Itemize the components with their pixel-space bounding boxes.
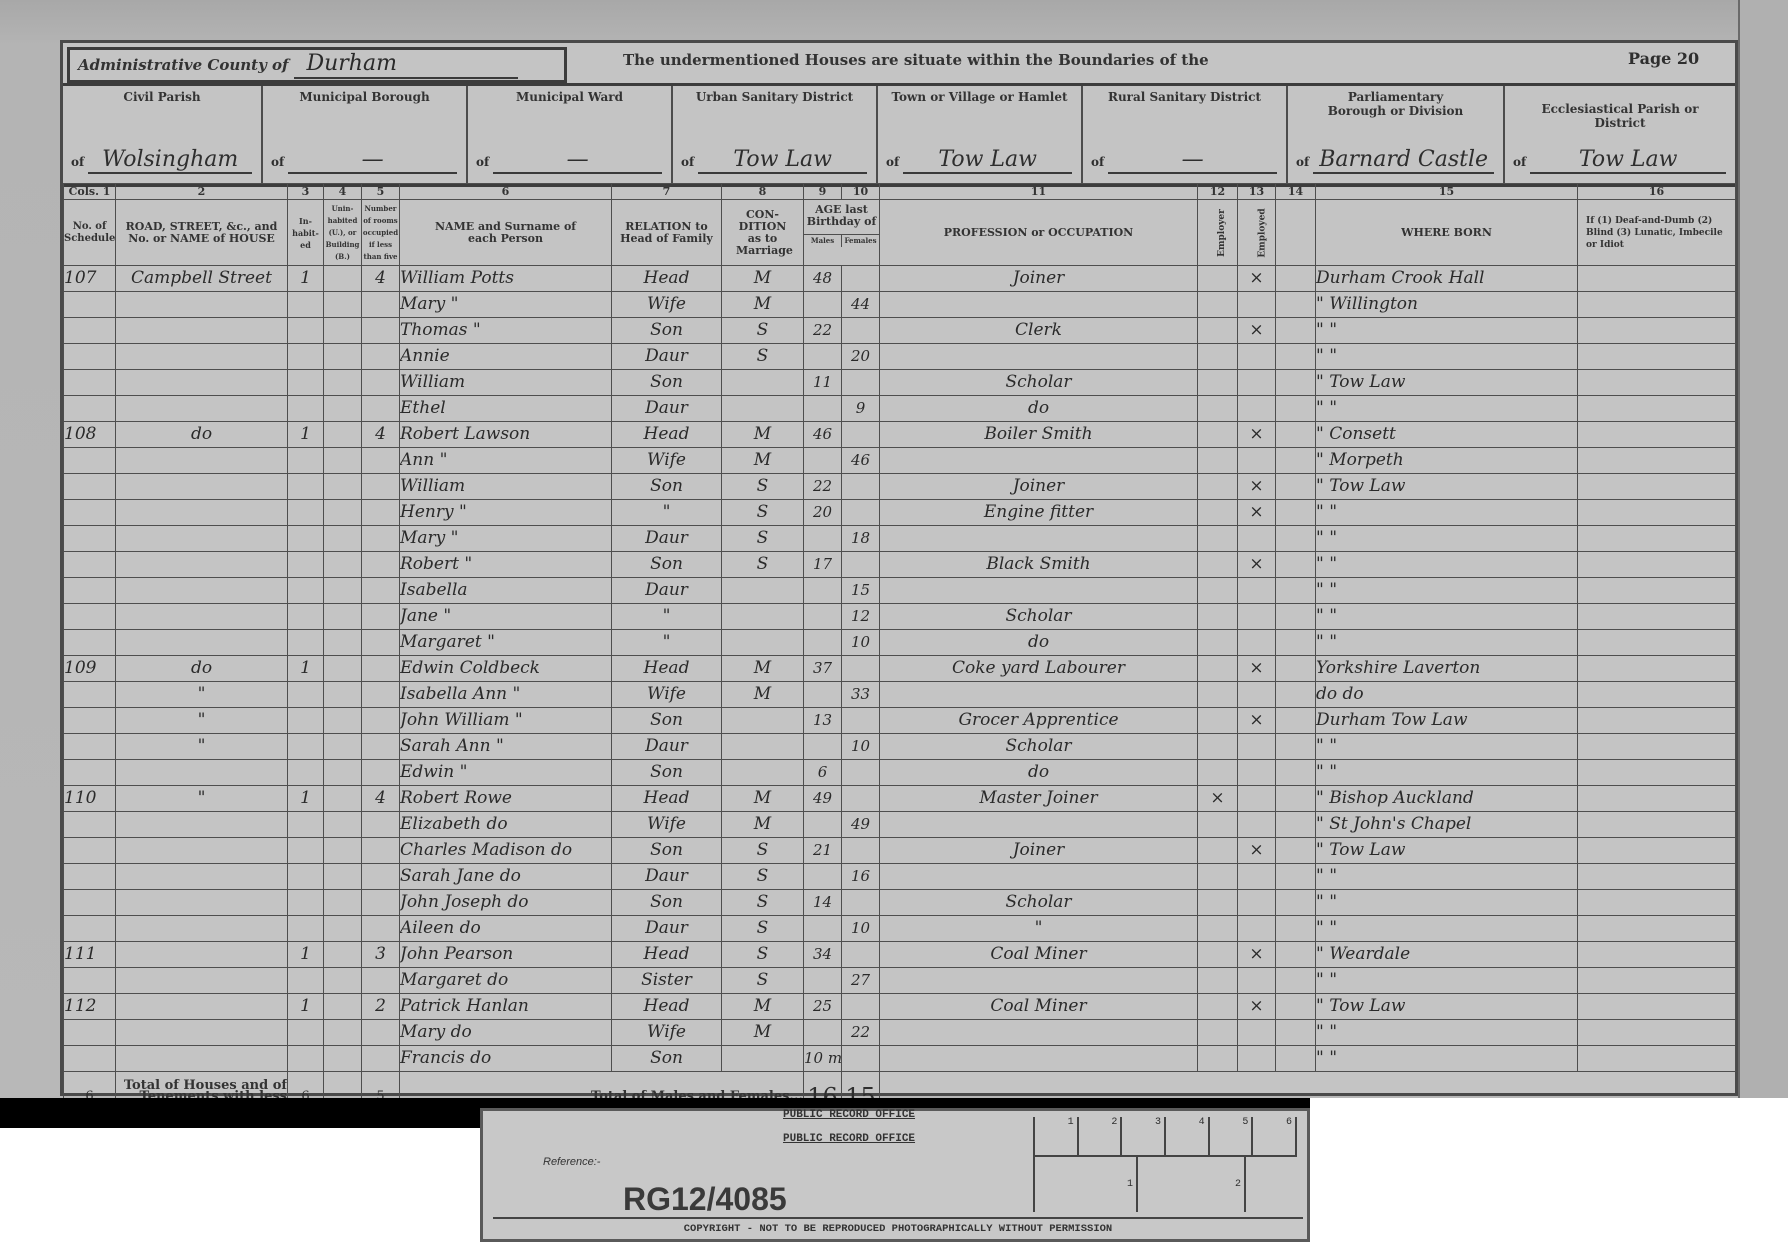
neither-cell (1276, 734, 1316, 760)
infirmity-cell (1578, 370, 1736, 396)
area-label: Town or Village or Hamlet (878, 90, 1081, 104)
col-number: 6 (400, 184, 612, 200)
where-born-cell: " " (1316, 552, 1578, 578)
occupation-cell: Coke yard Labourer (880, 656, 1198, 682)
infirmity-cell (1578, 266, 1736, 292)
employer-cell (1198, 500, 1238, 526)
table-row: 108do14Robert LawsonHeadM46Boiler Smith×… (64, 422, 1736, 448)
schedule-cell: 109 (64, 656, 116, 682)
name-cell: William (400, 370, 612, 396)
road-cell: " (116, 682, 288, 708)
schedule-cell (64, 396, 116, 422)
schedule-cell (64, 1020, 116, 1046)
col-number: Cols. 1 (64, 184, 116, 200)
employer-cell (1198, 864, 1238, 890)
employer-cell (1198, 552, 1238, 578)
employed-cell: × (1238, 422, 1276, 448)
name-cell: William (400, 474, 612, 500)
table-row: 11212Patrick HanlanHeadM25Coal Miner×" T… (64, 994, 1736, 1020)
rooms-cell (362, 526, 400, 552)
infirmity-cell (1578, 890, 1736, 916)
where-born-cell: " " (1316, 396, 1578, 422)
area-value: Tow Law (903, 148, 1072, 174)
condition-cell: M (722, 292, 804, 318)
employed-cell (1238, 682, 1276, 708)
where-born-cell: " " (1316, 734, 1578, 760)
uninhabited-cell (324, 474, 362, 500)
employed-cell (1238, 292, 1276, 318)
header-neither: Neither Employer nor Employed (1276, 200, 1316, 266)
where-born-cell: " " (1316, 1046, 1578, 1072)
where-born-cell: " " (1316, 526, 1578, 552)
table-row: AnnieDaurS20" " (64, 344, 1736, 370)
road-cell (116, 448, 288, 474)
uninhabited-cell (324, 916, 362, 942)
employer-label: Employer (1216, 209, 1228, 257)
condition-cell: S (722, 474, 804, 500)
female-age-cell (842, 994, 880, 1020)
name-cell: Margaret " (400, 630, 612, 656)
schedule-cell (64, 864, 116, 890)
ruler-mark: 1 (1035, 1117, 1079, 1155)
occupation-cell: Master Joiner (880, 786, 1198, 812)
male-age-cell: 21 (804, 838, 842, 864)
employer-cell (1198, 994, 1238, 1020)
infirmity-cell (1578, 864, 1736, 890)
female-age-cell (842, 370, 880, 396)
male-age-cell: 13 (804, 708, 842, 734)
neither-cell (1276, 1020, 1316, 1046)
area-label: Ecclesiastical Parish or District (1505, 90, 1735, 130)
male-age-cell (804, 630, 842, 656)
area-value: — (493, 148, 662, 174)
schedule-cell (64, 526, 116, 552)
col-number: 13 (1238, 184, 1276, 200)
relation-cell: Daur (612, 578, 722, 604)
schedule-cell (64, 890, 116, 916)
employed-cell (1238, 578, 1276, 604)
relation-cell: Daur (612, 344, 722, 370)
occupation-cell: " (880, 916, 1198, 942)
name-cell: Thomas " (400, 318, 612, 344)
rooms-cell (362, 396, 400, 422)
page-number: Page 20 (1628, 49, 1699, 68)
condition-cell: M (722, 786, 804, 812)
employed-cell: × (1238, 656, 1276, 682)
female-age-cell (842, 500, 880, 526)
table-row: Mary "WifeM44" Willington (64, 292, 1736, 318)
inhabited-cell (288, 318, 324, 344)
schedule-cell (64, 682, 116, 708)
neither-cell (1276, 292, 1316, 318)
employed-cell: × (1238, 266, 1276, 292)
area-rural-sanitary: Rural Sanitary District of— (1083, 86, 1288, 184)
employed-cell (1238, 760, 1276, 786)
uninhabited-cell (324, 734, 362, 760)
inhabited-cell: 1 (288, 994, 324, 1020)
census-sheet: Administrative County of Durham The unde… (0, 0, 1788, 1130)
of-prefix: of (886, 155, 899, 169)
area-value: Tow Law (1530, 148, 1726, 174)
header-road: ROAD, STREET, &c., and No. or NAME of HO… (116, 200, 288, 266)
male-age-cell (804, 448, 842, 474)
occupation-cell: Coal Miner (880, 942, 1198, 968)
area-parliamentary: Parliamentary Borough or Division ofBarn… (1288, 86, 1505, 184)
infirmity-cell (1578, 994, 1736, 1020)
relation-cell: Son (612, 552, 722, 578)
road-cell: Campbell Street (116, 266, 288, 292)
uninhabited-cell (324, 500, 362, 526)
rooms-cell (362, 344, 400, 370)
name-cell: Margaret do (400, 968, 612, 994)
male-age-cell: 46 (804, 422, 842, 448)
infirmity-cell (1578, 552, 1736, 578)
road-cell (116, 500, 288, 526)
inhabited-cell (288, 630, 324, 656)
infirmity-cell (1578, 630, 1736, 656)
relation-cell: Daur (612, 734, 722, 760)
header-where-born: WHERE BORN (1316, 200, 1578, 266)
infirmity-cell (1578, 656, 1736, 682)
where-born-cell: " " (1316, 864, 1578, 890)
uninhabited-cell (324, 760, 362, 786)
scan-margin-left (0, 1128, 480, 1242)
inhabited-cell (288, 552, 324, 578)
uninhabited-cell (324, 708, 362, 734)
condition-cell: S (722, 890, 804, 916)
neither-cell (1276, 656, 1316, 682)
col-number: 3 (288, 184, 324, 200)
condition-cell: S (722, 318, 804, 344)
employed-cell (1238, 370, 1276, 396)
age-label: AGE last Birthday of (804, 204, 879, 228)
area-ecclesiastical: Ecclesiastical Parish or District ofTow … (1505, 86, 1735, 184)
road-cell (116, 916, 288, 942)
condition-cell: S (722, 344, 804, 370)
neither-cell (1276, 604, 1316, 630)
of-prefix: of (271, 155, 284, 169)
relation-cell: Son (612, 1046, 722, 1072)
rooms-cell: 4 (362, 786, 400, 812)
uninhabited-cell (324, 318, 362, 344)
col-number: 15 (1316, 184, 1578, 200)
schedule-cell (64, 448, 116, 474)
occupation-cell (880, 1046, 1198, 1072)
inhabited-cell (288, 474, 324, 500)
table-row: Charles Madison doSonS21Joiner×" Tow Law (64, 838, 1736, 864)
administrative-areas: Civil Parish ofWolsingham Municipal Boro… (63, 83, 1735, 187)
where-born-cell: " " (1316, 1020, 1578, 1046)
relation-cell: Wife (612, 1020, 722, 1046)
relation-cell: Son (612, 474, 722, 500)
schedule-cell: 108 (64, 422, 116, 448)
table-row: IsabellaDaur15" " (64, 578, 1736, 604)
road-cell (116, 942, 288, 968)
infirmity-cell (1578, 604, 1736, 630)
male-age-cell: 11 (804, 370, 842, 396)
name-cell: John William " (400, 708, 612, 734)
uninhabited-cell (324, 630, 362, 656)
header-condition: CON-DITION as to Marriage (722, 200, 804, 266)
occupation-cell (880, 812, 1198, 838)
occupation-cell (880, 968, 1198, 994)
employer-cell (1198, 526, 1238, 552)
male-age-cell (804, 682, 842, 708)
of-prefix: of (681, 155, 694, 169)
female-age-cell (842, 708, 880, 734)
employed-cell (1238, 1020, 1276, 1046)
table-row: Sarah Jane doDaurS16" " (64, 864, 1736, 890)
uninhabited-cell (324, 292, 362, 318)
female-age-cell (842, 890, 880, 916)
table-row: Mary "DaurS18" " (64, 526, 1736, 552)
area-value: Barnard Castle (1313, 148, 1494, 174)
occupation-cell: Joiner (880, 838, 1198, 864)
employed-cell: × (1238, 708, 1276, 734)
table-row: Elizabeth doWifeM49" St John's Chapel (64, 812, 1736, 838)
condition-cell: S (722, 552, 804, 578)
name-cell: John Pearson (400, 942, 612, 968)
uninhabited-cell (324, 266, 362, 292)
table-row: John Joseph doSonS14Scholar" " (64, 890, 1736, 916)
infirmity-cell (1578, 526, 1736, 552)
inhabited-cell (288, 500, 324, 526)
employed-cell: × (1238, 318, 1276, 344)
table-row: WilliamSon11Scholar" Tow Law (64, 370, 1736, 396)
male-age-cell (804, 968, 842, 994)
col-number: 7 (612, 184, 722, 200)
road-cell: do (116, 422, 288, 448)
road-cell (116, 578, 288, 604)
infirmity-cell (1578, 682, 1736, 708)
col-number: 9 (804, 184, 842, 200)
occupation-cell: Grocer Apprentice (880, 708, 1198, 734)
name-cell: Robert " (400, 552, 612, 578)
area-civil-parish: Civil Parish ofWolsingham (63, 86, 263, 184)
neither-cell (1276, 708, 1316, 734)
condition-cell: S (722, 500, 804, 526)
road-cell (116, 604, 288, 630)
scale-ruler: 1 2 3 4 5 6 1 2 (1033, 1117, 1297, 1212)
uninhabited-cell (324, 786, 362, 812)
rooms-cell (362, 604, 400, 630)
neither-cell (1276, 474, 1316, 500)
schedule-cell: 107 (64, 266, 116, 292)
schedule-cell (64, 604, 116, 630)
header-occupation: PROFESSION or OCCUPATION (880, 200, 1198, 266)
female-age-cell (842, 422, 880, 448)
males-label: Males (804, 235, 842, 247)
uninhabited-cell (324, 604, 362, 630)
where-born-cell: " " (1316, 890, 1578, 916)
condition-cell: M (722, 656, 804, 682)
inhabited-cell (288, 370, 324, 396)
ruler-mark: 5 (1210, 1117, 1254, 1155)
name-cell: Ethel (400, 396, 612, 422)
table-row: Ann "WifeM46" Morpeth (64, 448, 1736, 474)
female-age-cell: 10 (842, 734, 880, 760)
infirmity-cell (1578, 500, 1736, 526)
female-age-cell: 46 (842, 448, 880, 474)
schedule-cell (64, 630, 116, 656)
employer-cell (1198, 604, 1238, 630)
col-number: 14 (1276, 184, 1316, 200)
where-born-cell: " " (1316, 578, 1578, 604)
employed-cell: × (1238, 942, 1276, 968)
uninhabited-cell (324, 422, 362, 448)
employed-cell (1238, 630, 1276, 656)
inhabited-cell (288, 1046, 324, 1072)
relation-cell: " (612, 604, 722, 630)
female-age-cell (842, 838, 880, 864)
occupation-cell: do (880, 396, 1198, 422)
employed-cell: × (1238, 994, 1276, 1020)
occupation-cell (880, 578, 1198, 604)
copyright-notice: COPYRIGHT - NOT TO BE REPRODUCED PHOTOGR… (493, 1217, 1303, 1235)
relation-cell: Son (612, 760, 722, 786)
inhabited-cell (288, 292, 324, 318)
reference-caption: Reference:- (543, 1156, 600, 1168)
female-age-cell: 44 (842, 292, 880, 318)
schedule-cell (64, 734, 116, 760)
relation-cell: Son (612, 318, 722, 344)
neither-cell (1276, 942, 1316, 968)
where-born-cell: " Tow Law (1316, 838, 1578, 864)
road-cell (116, 396, 288, 422)
census-page: Administrative County of Durham The unde… (60, 40, 1738, 1096)
column-headers-row: No. of Schedule ROAD, STREET, &c., and N… (64, 200, 1736, 266)
condition-cell: M (722, 448, 804, 474)
inhabited-cell (288, 1020, 324, 1046)
employed-cell (1238, 786, 1276, 812)
name-cell: Patrick Hanlan (400, 994, 612, 1020)
infirmity-cell (1578, 344, 1736, 370)
table-row: Thomas "SonS22Clerk×" " (64, 318, 1736, 344)
schedule-cell (64, 838, 116, 864)
census-rows: 107Campbell Street14William PottsHeadM48… (64, 266, 1736, 1072)
employer-cell (1198, 760, 1238, 786)
uninhabited-cell (324, 812, 362, 838)
uninhabited-cell (324, 552, 362, 578)
schedule-cell (64, 812, 116, 838)
females-label: Females (842, 235, 879, 247)
inhabited-cell (288, 396, 324, 422)
inhabited-cell (288, 890, 324, 916)
uninhabited-cell (324, 448, 362, 474)
rooms-cell: 4 (362, 266, 400, 292)
male-age-cell (804, 344, 842, 370)
rooms-cell (362, 656, 400, 682)
road-cell (116, 526, 288, 552)
employed-cell: × (1238, 552, 1276, 578)
uninhabited-cell (324, 370, 362, 396)
occupation-cell (880, 526, 1198, 552)
relation-cell: Head (612, 942, 722, 968)
boundaries-banner: The undermentioned Houses are situate wi… (623, 51, 1209, 69)
employer-cell (1198, 812, 1238, 838)
male-age-cell (804, 812, 842, 838)
condition-cell: S (722, 916, 804, 942)
relation-cell: Daur (612, 864, 722, 890)
male-age-cell (804, 1020, 842, 1046)
rooms-cell (362, 578, 400, 604)
infirmity-cell (1578, 968, 1736, 994)
schedule-cell (64, 292, 116, 318)
female-age-cell: 22 (842, 1020, 880, 1046)
inhabited-cell (288, 578, 324, 604)
table-row: Jane ""12Scholar" " (64, 604, 1736, 630)
neither-cell (1276, 448, 1316, 474)
condition-cell: M (722, 682, 804, 708)
infirmity-cell (1578, 760, 1736, 786)
employer-cell (1198, 968, 1238, 994)
neither-cell (1276, 890, 1316, 916)
relation-cell: Daur (612, 396, 722, 422)
female-age-cell (842, 474, 880, 500)
employer-cell (1198, 838, 1238, 864)
employer-cell (1198, 370, 1238, 396)
employed-cell (1238, 734, 1276, 760)
inhabited-cell (288, 708, 324, 734)
employer-cell (1198, 708, 1238, 734)
female-age-cell: 12 (842, 604, 880, 630)
neither-cell (1276, 526, 1316, 552)
col-number: 11 (880, 184, 1198, 200)
employer-cell (1198, 266, 1238, 292)
area-value: Wolsingham (88, 148, 252, 174)
relation-cell: " (612, 630, 722, 656)
male-age-cell: 34 (804, 942, 842, 968)
employer-cell (1198, 578, 1238, 604)
where-born-cell: " Willington (1316, 292, 1578, 318)
where-born-cell: " " (1316, 318, 1578, 344)
schedule-cell (64, 552, 116, 578)
road-cell (116, 318, 288, 344)
neither-cell (1276, 396, 1316, 422)
area-label: Municipal Ward (468, 90, 671, 104)
inhabited-cell (288, 968, 324, 994)
road-cell (116, 474, 288, 500)
neither-cell (1276, 968, 1316, 994)
where-born-cell: " " (1316, 760, 1578, 786)
schedule-cell (64, 760, 116, 786)
uninhabited-cell (324, 682, 362, 708)
female-age-cell (842, 656, 880, 682)
schedule-cell (64, 474, 116, 500)
infirmity-cell (1578, 942, 1736, 968)
female-age-cell: 16 (842, 864, 880, 890)
male-age-cell: 37 (804, 656, 842, 682)
header-rooms: Number of rooms occupied if less than fi… (362, 200, 400, 266)
table-row: "John William "Son13Grocer Apprentice×Du… (64, 708, 1736, 734)
female-age-cell: 20 (842, 344, 880, 370)
employed-cell (1238, 604, 1276, 630)
name-cell: Robert Lawson (400, 422, 612, 448)
condition-cell (722, 734, 804, 760)
female-age-cell (842, 318, 880, 344)
condition-cell: S (722, 968, 804, 994)
infirmity-cell (1578, 474, 1736, 500)
schedule-cell (64, 344, 116, 370)
where-born-cell: " Tow Law (1316, 474, 1578, 500)
employer-cell (1198, 422, 1238, 448)
infirmity-cell (1578, 578, 1736, 604)
inhabited-cell (288, 448, 324, 474)
rooms-cell (362, 864, 400, 890)
employed-cell (1238, 890, 1276, 916)
header-uninhabited: Unin-habited (U.), or Building (B.) (324, 200, 362, 266)
col-number: 5 (362, 184, 400, 200)
